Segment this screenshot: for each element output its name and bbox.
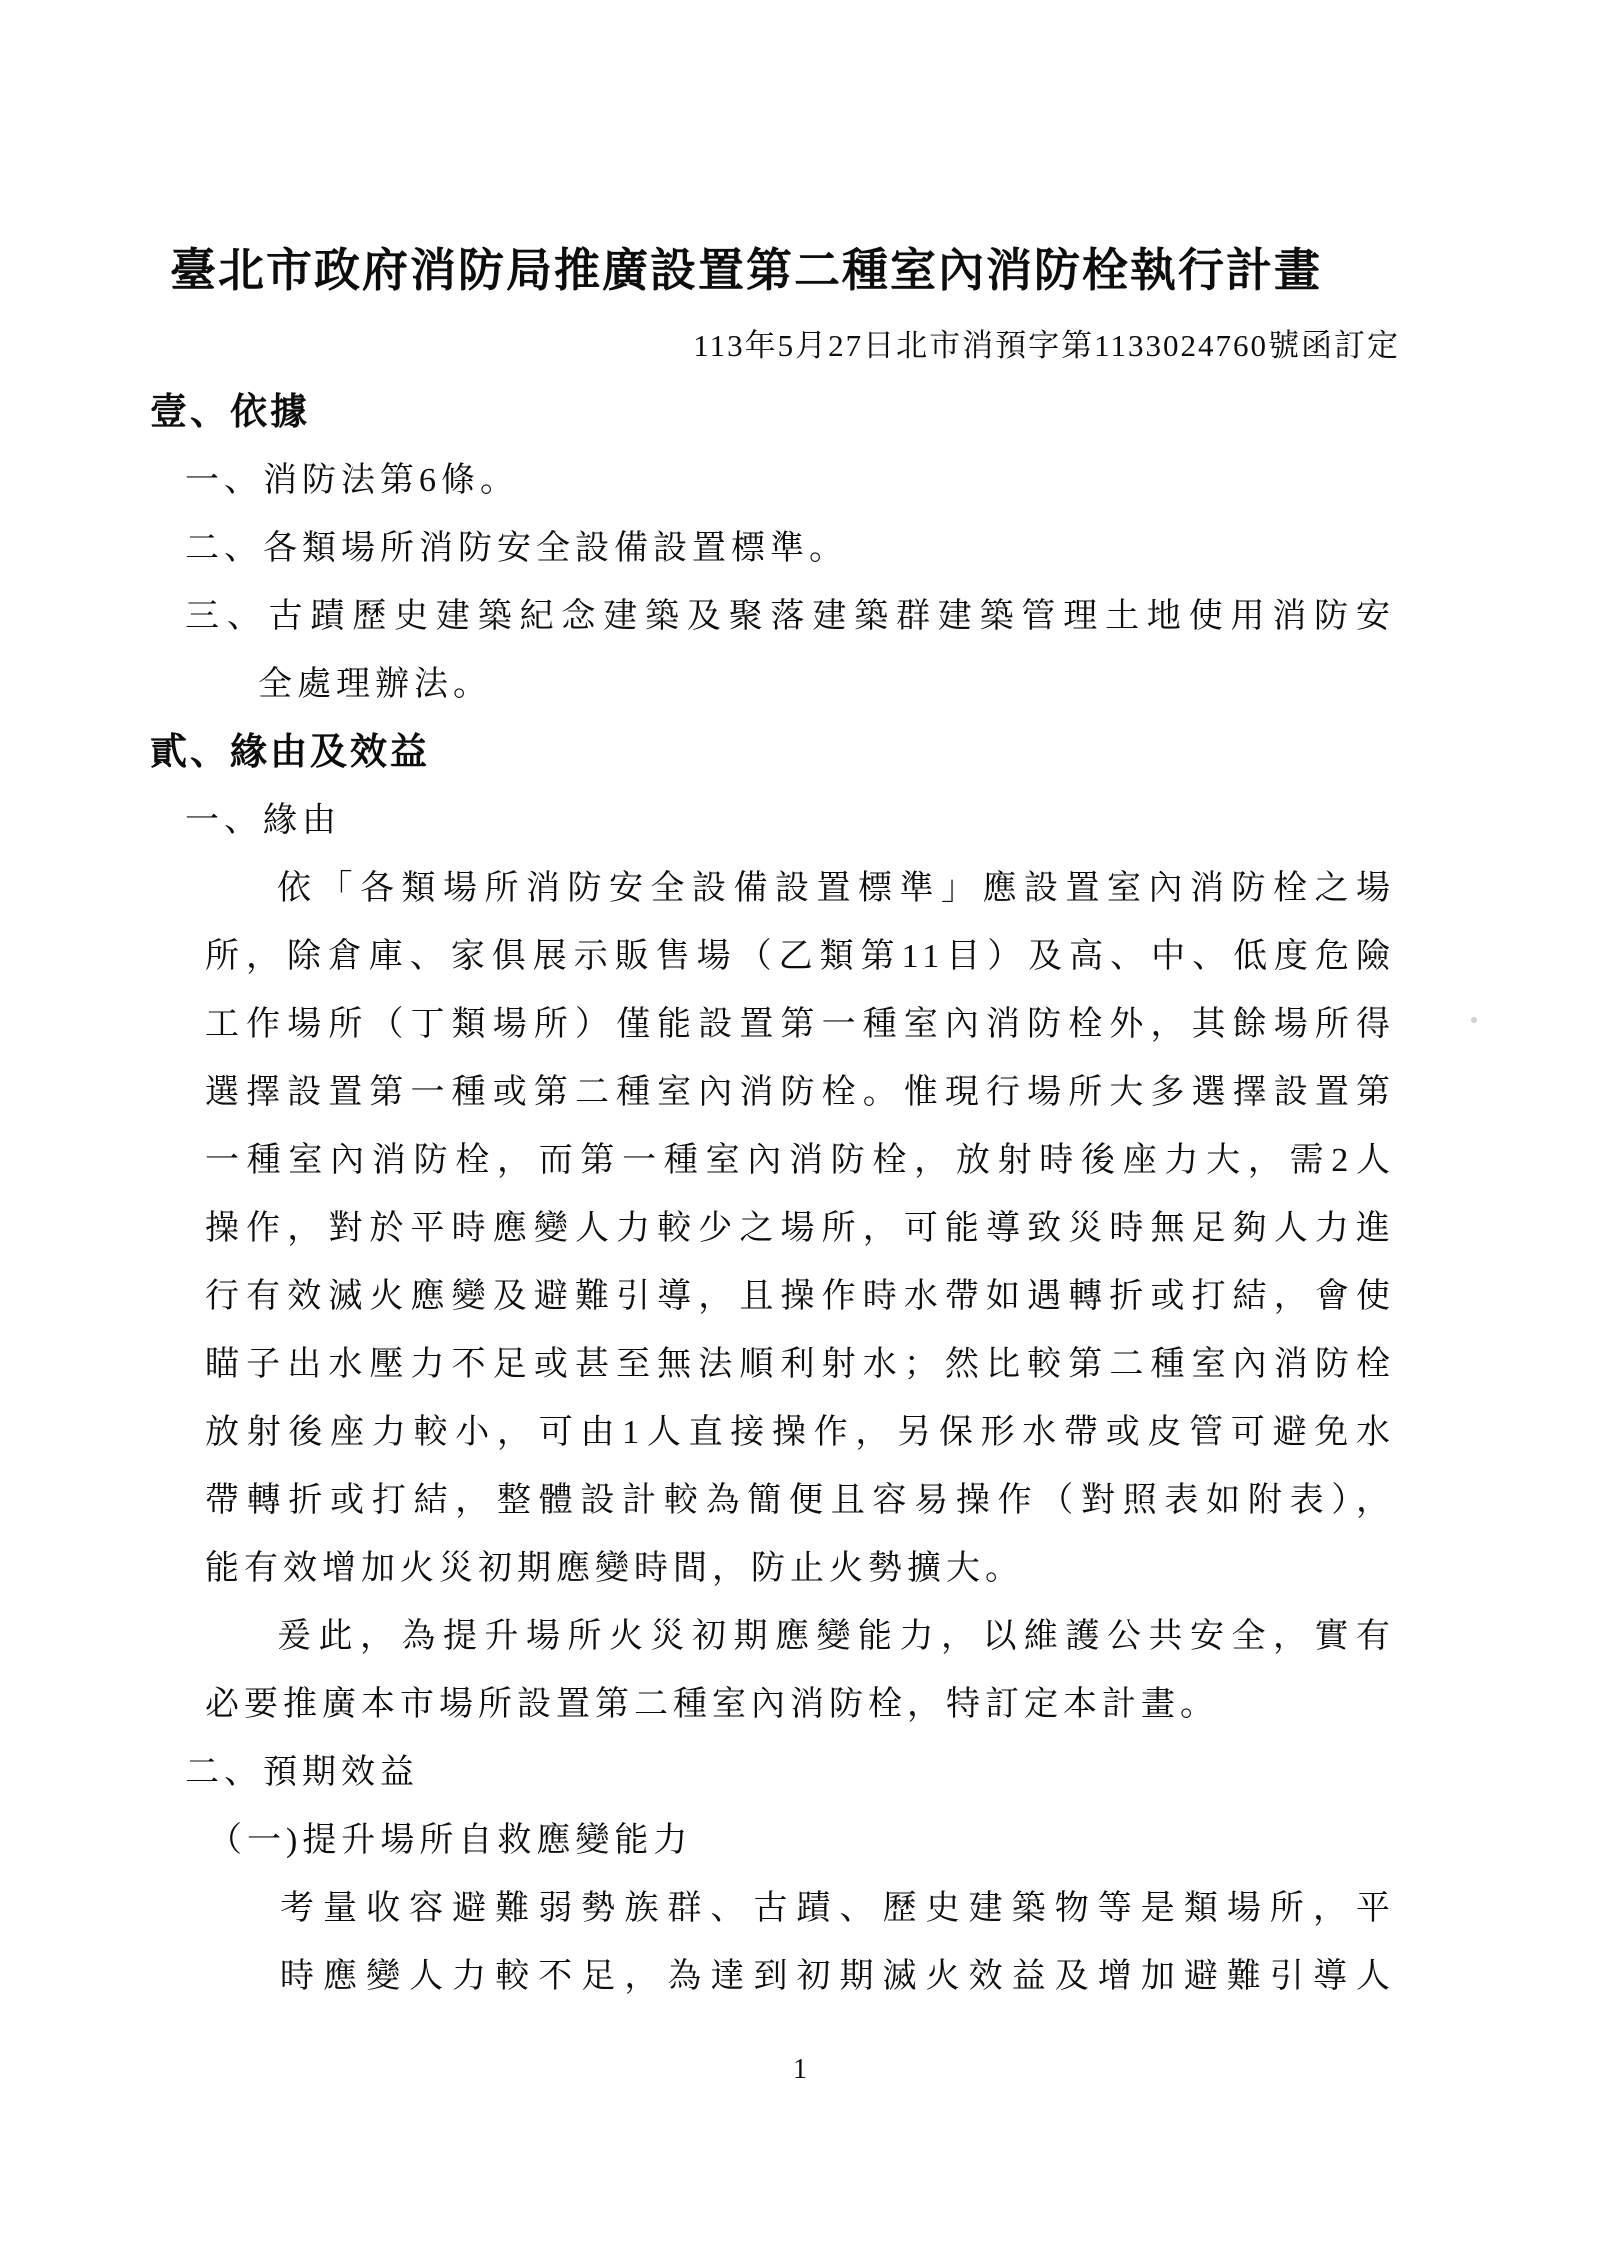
issuance-note: 113年5月27日北市消預字第1133024760號函訂定 xyxy=(0,330,1600,361)
text-line: 依「各類場所消防安全設備設置標準」應設置室內消防栓之場 xyxy=(0,855,1600,923)
text-line: 一種室內消防栓，而第一種室內消防栓，放射時後座力大，需2人 xyxy=(0,1127,1600,1195)
text-line: 工作場所（丁類場所）僅能設置第一種室內消防栓外，其餘場所得 xyxy=(0,991,1600,1059)
text-line: 瞄子出水壓力不足或甚至無法順利射水；然比較第二種室內消防栓 xyxy=(0,1331,1600,1399)
page-number: 1 xyxy=(0,2053,1600,2087)
text-line: 全處理辦法。 xyxy=(0,651,1600,719)
text-line: 必要推廣本市場所設置第二種室內消防栓，特訂定本計畫。 xyxy=(0,1671,1600,1739)
text-line: 帶轉折或打結，整體設計較為簡便且容易操作（對照表如附表）， xyxy=(0,1467,1600,1535)
text-line: 二、預期效益 xyxy=(0,1739,1600,1807)
text-line: 一、消防法第6條。 xyxy=(0,447,1600,515)
text-line: 壹、依據 xyxy=(0,379,1600,447)
text-line: 操作，對於平時應變人力較少之場所，可能導致災時無足夠人力進 xyxy=(0,1195,1600,1263)
text-line: 爰此，為提升場所火災初期應變能力，以維護公共安全，實有 xyxy=(0,1603,1600,1671)
scan-artifact-dot xyxy=(1471,1017,1477,1023)
text-line: 放射後座力較小，可由1人直接操作，另保形水帶或皮管可避免水 xyxy=(0,1399,1600,1467)
document-body: 壹、依據一、消防法第6條。二、各類場所消防安全設備設置標準。三、古蹟歷史建築紀念… xyxy=(0,379,1600,2011)
text-line: 所，除倉庫、家俱展示販售場（乙類第11目）及高、中、低度危險 xyxy=(0,923,1600,991)
document-page: 臺北市政府消防局推廣設置第二種室內消防栓執行計畫 113年5月27日北市消預字第… xyxy=(0,0,1600,2262)
text-line: 二、各類場所消防安全設備設置標準。 xyxy=(0,515,1600,583)
document-title: 臺北市政府消防局推廣設置第二種室內消防栓執行計畫 xyxy=(170,248,1600,294)
text-line: 三、古蹟歷史建築紀念建築及聚落建築群建築管理土地使用消防安 xyxy=(0,583,1600,651)
text-line: 時應變人力較不足，為達到初期滅火效益及增加避難引導人 xyxy=(0,1943,1600,2011)
text-line: 選擇設置第一種或第二種室內消防栓。惟現行場所大多選擇設置第 xyxy=(0,1059,1600,1127)
text-line: 一、緣由 xyxy=(0,787,1600,855)
text-line: 考量收容避難弱勢族群、古蹟、歷史建築物等是類場所，平 xyxy=(0,1875,1600,1943)
text-line: 貳、緣由及效益 xyxy=(0,719,1600,787)
text-line: （一)提升場所自救應變能力 xyxy=(0,1807,1600,1875)
text-line: 能有效增加火災初期應變時間，防止火勢擴大。 xyxy=(0,1535,1600,1603)
text-line: 行有效滅火應變及避難引導，且操作時水帶如遇轉折或打結，會使 xyxy=(0,1263,1600,1331)
